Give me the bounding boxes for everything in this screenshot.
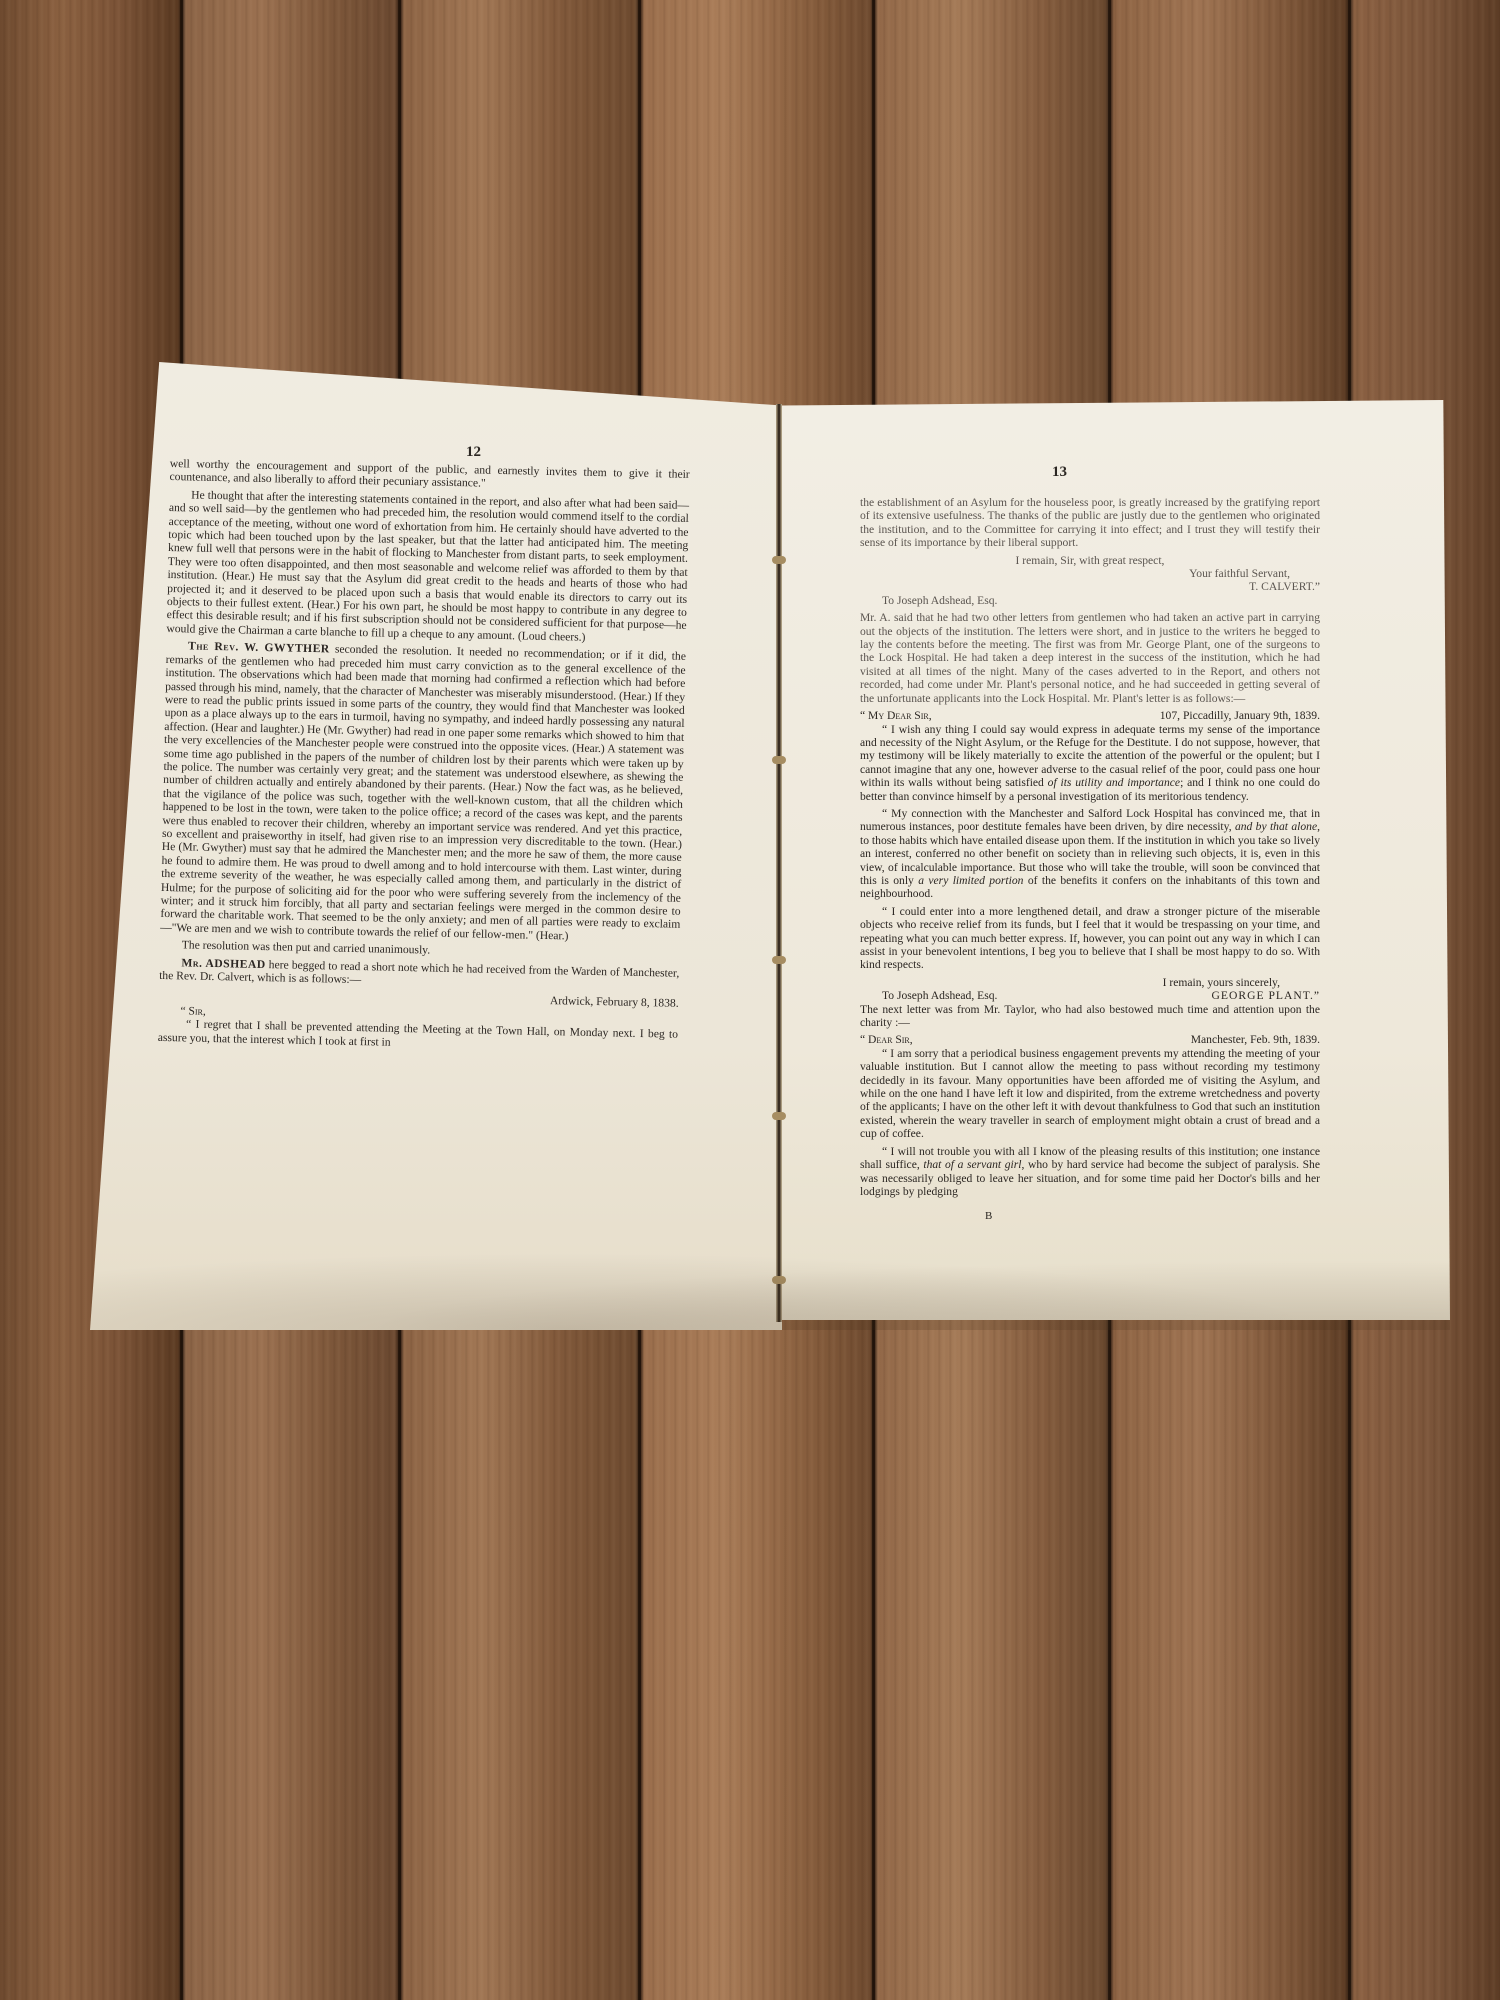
paragraph: He thought that after the interesting st… [166,488,689,646]
letter-body: “ I will not trouble you with all I know… [860,1145,1320,1199]
letter-signature: T. CALVERT.” [860,580,1320,593]
open-pamphlet: 12 well worthy the encouragement and sup… [0,0,1500,2000]
letter-body: “ My connection with the Manchester and … [860,807,1320,901]
letter-salutation: “ My Dear Sir, [860,709,932,722]
letter-body: “ I am sorry that a periodical business … [860,1047,1320,1141]
binding-stitch [772,1276,786,1284]
letter-closing: Your faithful Servant, [860,567,1320,580]
paragraph: The Rev. W. GWYTHER seconded the resolut… [160,639,686,945]
letter-addressee: To Joseph Adshead, Esq. [860,594,1320,607]
letter-closing: I remain, yours sincerely, [860,976,1320,989]
paragraph: Mr. A. said that he had two other letter… [860,611,1320,705]
letter-header: “ My Dear Sir, 107, Piccadilly, January … [860,709,1320,722]
binding-stitch [772,756,786,764]
letter-signature: GEORGE PLANT.” [1212,989,1320,1002]
right-page-body: the establishment of an Asylum for the h… [860,496,1320,1202]
binding-stitch [772,556,786,564]
letter-body: “ I could enter into a more lengthened d… [860,905,1320,972]
right-page: 13 the establishment of an Asylum for th… [780,400,1450,1320]
page-number: 12 [466,444,481,461]
letter-addressee: To Joseph Adshead, Esq. [882,989,997,1002]
letter-place-date: 107, Piccadilly, January 9th, 1839. [1160,709,1320,722]
letter-header: “ Dear Sir, Manchester, Feb. 9th, 1839. [860,1033,1320,1046]
letter-footer: To Joseph Adshead, Esq. GEORGE PLANT.” [860,989,1320,1002]
book-gutter [776,404,782,1322]
signature-mark: B [985,1210,992,1222]
left-page: 12 well worthy the encouragement and sup… [90,362,782,1330]
left-page-body: well worthy the encouragement and suppor… [158,457,690,1059]
letter-salutation: “ Dear Sir, [860,1033,913,1046]
page-number: 13 [1052,464,1067,481]
binding-stitch [772,1112,786,1120]
letter-body: the establishment of an Asylum for the h… [860,496,1320,550]
letter-body: “ I wish any thing I could say would exp… [860,723,1320,803]
letter-closing: I remain, Sir, with great respect, [860,554,1320,567]
speaker-name: Mr. ADSHEAD [181,956,266,971]
paragraph: The next letter was from Mr. Taylor, who… [860,1003,1320,1030]
binding-stitch [772,956,786,964]
letter-place-date: Manchester, Feb. 9th, 1839. [1191,1033,1320,1046]
